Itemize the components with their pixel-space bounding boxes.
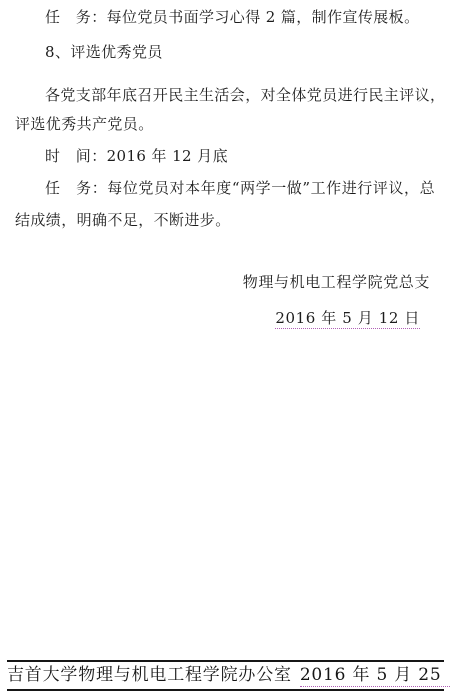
paragraph-line-democratic-review-2: 评选优秀共产党员。 — [15, 116, 435, 133]
section-heading-8: 8、评选优秀党员 — [15, 44, 435, 61]
document-page: 任 务：每位党员书面学习心得 2 篇，制作宣传展板。 8、评选优秀党员 各党支部… — [0, 0, 451, 694]
task-line-study-notes: 任 务：每位党员书面学习心得 2 篇，制作宣传展板。 — [15, 9, 435, 26]
footer-office-name: 吉首大学物理与机电工程学院办公室 — [7, 665, 292, 685]
task-line-review-2: 结成绩，明确不足，不断进步。 — [15, 212, 435, 229]
signature-date-text: 2016 年 5 月 12 日 — [275, 309, 420, 329]
footer-bottom-rule — [7, 689, 444, 691]
footer-imprint: 吉首大学物理与机电工程学院办公室2016 年 5 月 25 日印发 — [7, 664, 444, 686]
time-line: 时 间：2016 年 12 月底 — [15, 148, 435, 165]
footer-print-date: 2016 年 5 月 25 日 — [300, 665, 451, 687]
paragraph-line-democratic-review-1: 各党支部年底召开民主生活会，对全体党员进行民主评议， — [15, 87, 435, 104]
footer-top-rule — [7, 660, 444, 662]
signature-date: 2016 年 5 月 12 日 — [275, 307, 420, 328]
task-line-review-1: 任 务：每位党员对本年度“两学一做”工作进行评议，总 — [15, 180, 435, 197]
signature-organization: 物理与机电工程学院党总支 — [243, 271, 430, 292]
